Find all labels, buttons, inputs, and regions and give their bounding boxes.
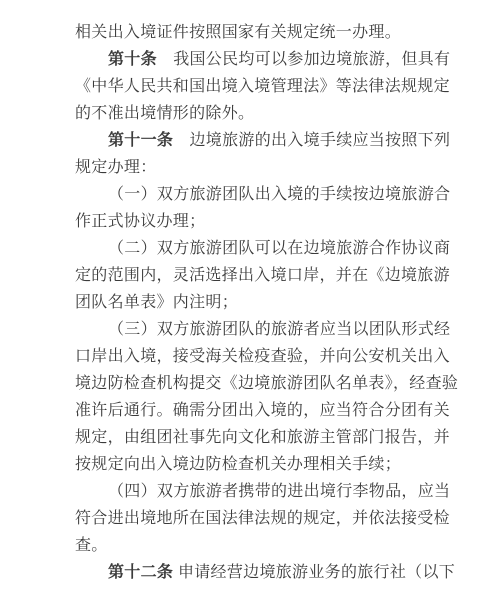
article-body: 相关出入境证件按照国家有关规定统一办理。第十条 我国公民均可以参加边境旅游，但具…	[75, 19, 503, 586]
text-line: 作正式协议办理；	[75, 208, 503, 235]
text-line: 口岸出入境，接受海关检疫查验，并向公安机关出入	[75, 343, 503, 370]
article-page: 相关出入境证件按照国家有关规定统一办理。第十条 我国公民均可以参加边境旅游，但具…	[0, 0, 503, 600]
text-line: 第十一条 边境旅游的出入境手续应当按照下列	[75, 127, 503, 154]
text-line: 第十二条 申请经营边境旅游业务的旅行社（以下	[75, 559, 503, 586]
text-line: 符合进出境地所在国法律法规的规定，并依法接受检	[75, 505, 503, 532]
text-line: 的不准出境情形的除外。	[75, 100, 503, 127]
text-line: 团队名单表》内注明；	[75, 289, 503, 316]
article-clause-number: 第十一条	[108, 132, 173, 149]
article-clause-number: 第十二条	[108, 564, 173, 581]
text-line: （二）双方旅游团队可以在边境旅游合作协议商	[75, 235, 503, 262]
text-line: 第十条 我国公民均可以参加边境旅游，但具有	[75, 46, 503, 73]
text-line: （一）双方旅游团队出入境的手续按边境旅游合	[75, 181, 503, 208]
text-line: 相关出入境证件按照国家有关规定统一办理。	[75, 19, 503, 46]
text-line: 《中华人民共和国出境入境管理法》等法律法规规定	[75, 73, 503, 100]
text-line: 按规定向出入境边防检查机关办理相关手续；	[75, 451, 503, 478]
text-line: 规定办理：	[75, 154, 503, 181]
text-line: 规定，由组团社事先向文化和旅游主管部门报告，并	[75, 424, 503, 451]
text-line: 准许后通行。确需分团出入境的，应当符合分团有关	[75, 397, 503, 424]
text-line: （四）双方旅游者携带的进出境行李物品，应当	[75, 478, 503, 505]
article-clause-number: 第十条	[108, 51, 157, 68]
text-line: 定的范围内，灵活选择出入境口岸，并在《边境旅游	[75, 262, 503, 289]
text-line: （三）双方旅游团队的旅游者应当以团队形式经	[75, 316, 503, 343]
text-line: 查。	[75, 532, 503, 559]
text-line: 境边防检查机构提交《边境旅游团队名单表》，经查验	[75, 370, 503, 397]
